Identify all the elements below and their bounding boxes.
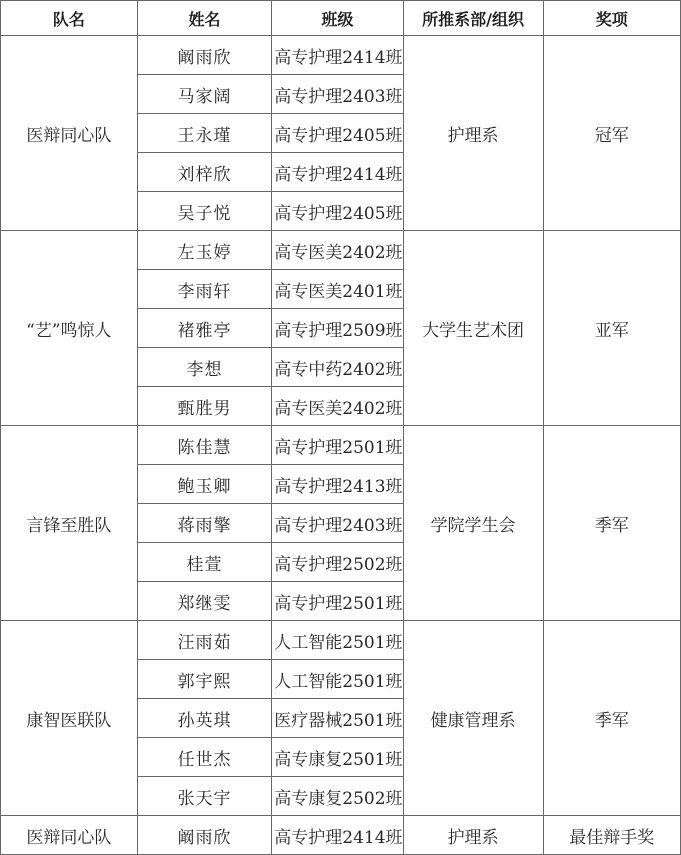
member-class-cell: 高专护理2501班 — [272, 582, 403, 621]
member-class-cell: 高专护理2413班 — [272, 465, 403, 504]
member-name-cell: 郭宇熙 — [137, 660, 272, 699]
award-cell: 冠军 — [543, 36, 680, 231]
member-class-cell: 医疗器械2501班 — [272, 699, 403, 738]
member-name-cell: 郑继雯 — [137, 582, 272, 621]
header-row: 队名姓名班级所推系部/组织奖项 — [1, 1, 681, 36]
member-class-cell: 高专护理2405班 — [272, 114, 403, 153]
document-page: 队名姓名班级所推系部/组织奖项 医辩同心队阚雨欣高专护理2414班护理系冠军马家… — [0, 0, 681, 841]
department-cell: 学院学生会 — [403, 426, 543, 621]
member-class-cell: 高专护理2414班 — [272, 816, 403, 855]
department-cell: 大学生艺术团 — [403, 231, 543, 426]
member-class-cell: 高专护理2502班 — [272, 543, 403, 582]
member-class-cell: 高专医美2402班 — [272, 231, 403, 270]
column-header: 所推系部/组织 — [403, 1, 543, 36]
member-name-cell: 桂萱 — [137, 543, 272, 582]
column-header: 班级 — [272, 1, 403, 36]
table-row: 言锋至胜队陈佳慧高专护理2501班学院学生会季军 — [1, 426, 681, 465]
award-cell: 季军 — [543, 621, 680, 816]
member-class-cell: 高专康复2501班 — [272, 738, 403, 777]
member-name-cell: 马家阔 — [137, 75, 272, 114]
member-class-cell: 高专护理2403班 — [272, 504, 403, 543]
member-name-cell: 吴子悦 — [137, 192, 272, 231]
member-name-cell: 蒋雨擎 — [137, 504, 272, 543]
member-name-cell: 任世杰 — [137, 738, 272, 777]
column-header: 奖项 — [543, 1, 680, 36]
award-cell: 最佳辩手奖 — [543, 816, 680, 855]
member-class-cell: 高专医美2402班 — [272, 387, 403, 426]
member-name-cell: 褚雅亭 — [137, 309, 272, 348]
department-cell: 护理系 — [403, 36, 543, 231]
member-class-cell: 高专护理2501班 — [272, 426, 403, 465]
award-cell: 亚军 — [543, 231, 680, 426]
member-name-cell: 阚雨欣 — [137, 816, 272, 855]
table-row: 康智医联队汪雨茹人工智能2501班健康管理系季军 — [1, 621, 681, 660]
member-class-cell: 高专护理2414班 — [272, 153, 403, 192]
member-class-cell: 高专护理2403班 — [272, 75, 403, 114]
member-name-cell: 左玉婷 — [137, 231, 272, 270]
award-cell: 季军 — [543, 426, 680, 621]
table-row: 医辩同心队阚雨欣高专护理2414班护理系最佳辩手奖 — [1, 816, 681, 855]
results-table: 队名姓名班级所推系部/组织奖项 医辩同心队阚雨欣高专护理2414班护理系冠军马家… — [0, 0, 681, 855]
department-cell: 健康管理系 — [403, 621, 543, 816]
member-name-cell: 李想 — [137, 348, 272, 387]
member-class-cell: 高专护理2509班 — [272, 309, 403, 348]
team-name-cell: 医辩同心队 — [1, 816, 138, 855]
member-name-cell: 汪雨茹 — [137, 621, 272, 660]
member-class-cell: 高专医美2401班 — [272, 270, 403, 309]
member-class-cell: 高专康复2502班 — [272, 777, 403, 816]
member-class-cell: 人工智能2501班 — [272, 621, 403, 660]
member-class-cell: 人工智能2501班 — [272, 660, 403, 699]
column-header: 队名 — [1, 1, 138, 36]
member-name-cell: 王永瑾 — [137, 114, 272, 153]
table-row: “艺”鸣惊人左玉婷高专医美2402班大学生艺术团亚军 — [1, 231, 681, 270]
member-name-cell: 李雨轩 — [137, 270, 272, 309]
member-name-cell: 陈佳慧 — [137, 426, 272, 465]
department-cell: 护理系 — [403, 816, 543, 855]
member-class-cell: 高专护理2414班 — [272, 36, 403, 75]
member-name-cell: 阚雨欣 — [137, 36, 272, 75]
team-name-cell: 康智医联队 — [1, 621, 138, 816]
member-name-cell: 甄胜男 — [137, 387, 272, 426]
member-name-cell: 孙英琪 — [137, 699, 272, 738]
team-name-cell: “艺”鸣惊人 — [1, 231, 138, 426]
table-row: 医辩同心队阚雨欣高专护理2414班护理系冠军 — [1, 36, 681, 75]
team-name-cell: 言锋至胜队 — [1, 426, 138, 621]
member-class-cell: 高专护理2405班 — [272, 192, 403, 231]
column-header: 姓名 — [137, 1, 272, 36]
member-name-cell: 刘梓欣 — [137, 153, 272, 192]
member-name-cell: 鲍玉卿 — [137, 465, 272, 504]
member-name-cell: 张天宇 — [137, 777, 272, 816]
table-body: 医辩同心队阚雨欣高专护理2414班护理系冠军马家阔高专护理2403班王永瑾高专护… — [1, 36, 681, 855]
member-class-cell: 高专中药2402班 — [272, 348, 403, 387]
team-name-cell: 医辩同心队 — [1, 36, 138, 231]
